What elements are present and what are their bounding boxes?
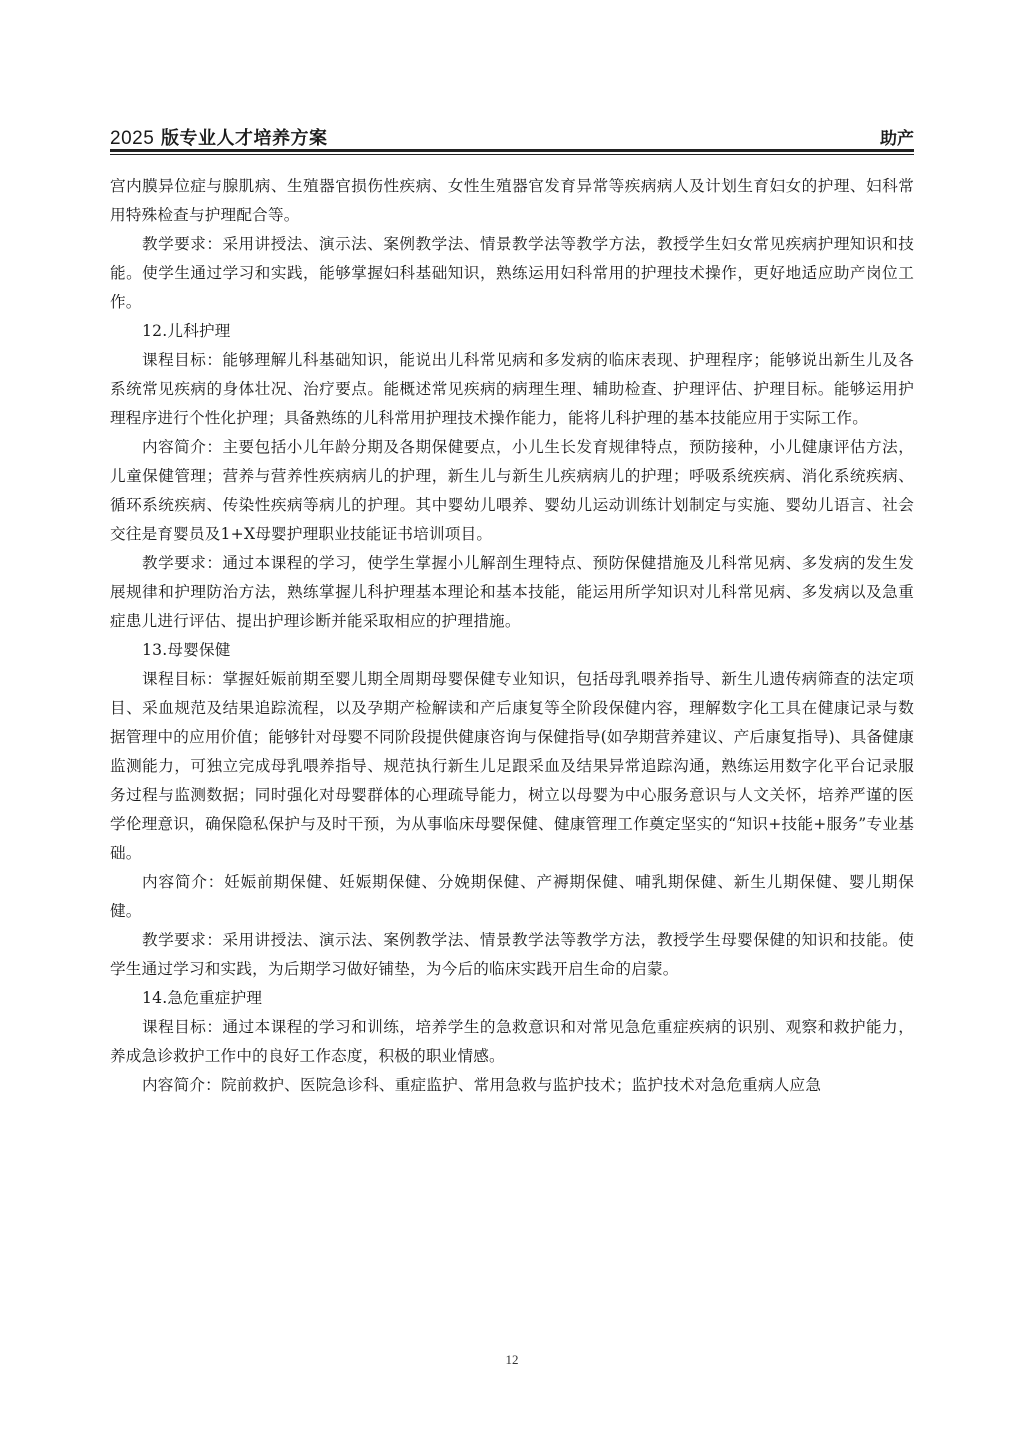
paragraph-maternal-content-summary: 内容简介：妊娠前期保健、妊娠期保健、分娩期保健、产褥期保健、哺乳期保健、新生儿期… — [110, 868, 914, 926]
paragraph-pediatric-teaching-requirements: 教学要求：通过本课程的学习，使学生掌握小儿解剖生理特点、预防保健措施及儿科常见病… — [110, 549, 914, 636]
header-rule-thick — [110, 149, 914, 152]
header-section: 助产 — [880, 124, 914, 149]
paragraph-emergency-content-summary: 内容简介：院前救护、医院急诊科、重症监护、常用急救与监护技术；监护技术对急危重病… — [110, 1071, 914, 1100]
header-title: 2025 版专业人才培养方案 — [110, 124, 328, 150]
section-heading-pediatric-nursing: 12.儿科护理 — [110, 317, 914, 346]
section-heading-maternal-child-health: 13.母婴保健 — [110, 636, 914, 665]
paragraph-pediatric-content-summary: 内容简介：主要包括小儿年龄分期及各期保健要点，小儿生长发育规律特点，预防接种，小… — [110, 433, 914, 549]
header-title-text: 版专业人才培养方案 — [154, 128, 327, 149]
paragraph-maternal-teaching-requirements: 教学要求：采用讲授法、演示法、案例教学法、情景教学法等教学方法，教授学生母婴保健… — [110, 926, 914, 984]
paragraph-emergency-course-goals: 课程目标：通过本课程的学习和训练，培养学生的急救意识和对常见急危重症疾病的识别、… — [110, 1013, 914, 1071]
section-heading-emergency-critical-care: 14.急危重症护理 — [110, 984, 914, 1013]
paragraph-gynecology-teaching-requirements: 教学要求：采用讲授法、演示法、案例教学法、情景教学法等教学方法，教授学生妇女常见… — [110, 230, 914, 317]
paragraph-pediatric-course-goals: 课程目标：能够理解儿科基础知识，能说出儿科常见病和多发病的临床表现、护理程序；能… — [110, 346, 914, 433]
header-rule-thin — [110, 154, 914, 155]
document-page: 2025 版专业人才培养方案 助产 宫内膜异位症与腺肌病、生殖器官损伤性疾病、女… — [0, 0, 1024, 1448]
page-number: 12 — [0, 1352, 1024, 1368]
header-year: 2025 — [110, 128, 154, 149]
body-content: 宫内膜异位症与腺肌病、生殖器官损伤性疾病、女性生殖器官发育异常等疾病病人及计划生… — [110, 172, 914, 1100]
running-header: 2025 版专业人才培养方案 助产 — [110, 124, 914, 150]
paragraph-gynecology-content-continued: 宫内膜异位症与腺肌病、生殖器官损伤性疾病、女性生殖器官发育异常等疾病病人及计划生… — [110, 172, 914, 230]
paragraph-maternal-course-goals: 课程目标：掌握妊娠前期至婴儿期全周期母婴保健专业知识，包括母乳喂养指导、新生儿遗… — [110, 665, 914, 868]
